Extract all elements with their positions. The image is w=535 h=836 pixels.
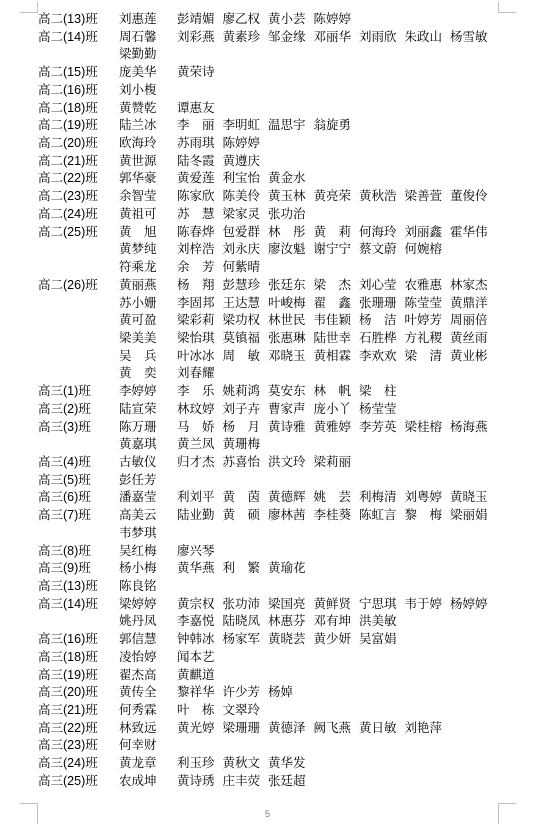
lead-name: 郭华豪 — [119, 170, 177, 188]
roster-row: 高二(18)班黄赞乾谭惠友 — [38, 100, 518, 118]
student-name: 梁家灵 — [223, 206, 261, 224]
lead-name: 黄祖可 — [119, 206, 177, 224]
student-name: 石胜桦 — [359, 330, 397, 348]
student-name: 黄 硕 — [223, 507, 261, 525]
roster-row: 吴 兵叶冰冰周 敏邓晓玉黄相霖李欢欢梁 清黄业彬 — [38, 348, 518, 366]
lead-name: 梁美美 — [119, 330, 177, 348]
class-label — [38, 365, 119, 383]
names-group: 余 芳何紫晴 — [177, 259, 268, 277]
lead-name: 梁婷婷 — [119, 596, 177, 614]
student-name: 蔡文蔚 — [359, 241, 397, 259]
class-label: 高二(15)班 — [38, 64, 119, 82]
lead-name: 刘小椱 — [119, 82, 177, 100]
student-name: 利梅清 — [359, 489, 397, 507]
class-label: 高二(13)班 — [38, 11, 119, 29]
roster-row: 高二(26)班黄丽燕杨 翔彭慧珍张廷东梁 杰刘心莹农雅惠林家杰 — [38, 277, 518, 295]
student-name: 林玟婷 — [177, 401, 215, 419]
student-name: 黄业彬 — [450, 348, 488, 366]
student-name: 李桂葵 — [314, 507, 352, 525]
class-label: 高三(9)班 — [38, 560, 119, 578]
student-name: 李固邦 — [177, 295, 215, 313]
names-group: 陈家欣陈美伶黄玉林黄亮荣黄秋浩梁善萱董俊伶 — [177, 188, 496, 206]
names-group: 李 丽李明虹温思宇翁旋勇 — [177, 117, 359, 135]
names-group: 梁怡琪莫镇福张惠琳陆世幸石胜桦方礼稷黄丝雨 — [177, 330, 496, 348]
student-name: 黄鲜贤 — [314, 596, 352, 614]
student-name: 梁善萱 — [405, 188, 443, 206]
names-group: 黄兰凤黄珊梅 — [177, 436, 268, 454]
student-name: 陈婷婷 — [314, 11, 352, 29]
student-name: 王达慧 — [223, 295, 261, 313]
student-name: 张廷超 — [268, 773, 306, 791]
student-name: 刘雨欣 — [359, 29, 397, 47]
class-label: 高三(18)班 — [38, 649, 119, 667]
lead-name: 黄 奕 — [119, 365, 177, 383]
names-group: 陈春烨包爱群林 彤黄 莉何海玲刘丽鑫霍华伟 — [177, 224, 496, 242]
class-label — [38, 259, 119, 277]
roster: 高二(13)班刘惠莲彭靖媚廖乙权黄小芸陈婷婷高二(14)班周石馨刘彩燕黄素珍邹金… — [38, 11, 518, 791]
names-group: 叶 栋文翠玲 — [177, 702, 268, 720]
roster-row: 高二(23)班余智莹陈家欣陈美伶黄玉林黄亮荣黄秋浩梁善萱董俊伶 — [38, 188, 518, 206]
roster-row: 梁美美梁怡琪莫镇福张惠琳陆世幸石胜桦方礼稷黄丝雨 — [38, 330, 518, 348]
class-label: 高三(13)班 — [38, 578, 119, 596]
lead-name: 苏小姗 — [119, 295, 177, 313]
student-name: 文翠玲 — [223, 702, 261, 720]
roster-row: 高三(3)班陈万珊马 娇杨 月黄诗雅黄雅婷李芳英梁桂榕杨海燕 — [38, 419, 518, 437]
student-name: 李 丽 — [177, 117, 215, 135]
lead-name: 高美云 — [119, 507, 177, 525]
student-name: 廖汝魁 — [268, 241, 306, 259]
names-group: 利玉珍黄秋文黄华发 — [177, 755, 314, 773]
crop-mark-top-left — [20, 2, 38, 13]
student-name: 翁旋勇 — [314, 117, 352, 135]
lead-name: 欧海玲 — [119, 135, 177, 153]
student-name: 陈莹莹 — [405, 295, 443, 313]
student-name: 黄荣诗 — [177, 64, 215, 82]
student-name: 姚 芸 — [314, 489, 352, 507]
class-label: 高三(6)班 — [38, 489, 119, 507]
student-name: 黄华燕 — [177, 560, 215, 578]
student-name: 周 敏 — [223, 348, 261, 366]
names-group: 苏雨琪陈婷婷 — [177, 135, 268, 153]
student-name: 梁莉丽 — [314, 454, 352, 472]
student-name: 苏 慧 — [177, 206, 215, 224]
class-label: 高二(25)班 — [38, 224, 119, 242]
names-group: 钟韩冰杨家军黄晓芸黄少妍吴富娟 — [177, 631, 405, 649]
student-name: 黎 梅 — [405, 507, 443, 525]
lead-name: 符乘龙 — [119, 259, 177, 277]
class-label: 高二(19)班 — [38, 117, 119, 135]
student-name: 刘艳萍 — [405, 720, 443, 738]
student-name: 邓晓玉 — [268, 348, 306, 366]
roster-row: 高三(16)班郭信慧钟韩冰杨家军黄晓芸黄少妍吴富娟 — [38, 631, 518, 649]
lead-name: 黄 旭 — [119, 224, 177, 242]
class-label: 高三(3)班 — [38, 419, 119, 437]
student-name: 洪美敏 — [359, 613, 397, 631]
student-name: 梁桂榕 — [405, 419, 443, 437]
student-name: 林世民 — [268, 312, 306, 330]
roster-row: 高三(8)班吴红梅廖兴琴 — [38, 543, 518, 561]
student-name: 曹家声 — [268, 401, 306, 419]
student-name: 李 乐 — [177, 383, 215, 401]
student-name: 姚莉鸿 — [223, 383, 261, 401]
class-label — [38, 525, 119, 543]
student-name: 陈家欣 — [177, 188, 215, 206]
student-name: 黄丝雨 — [450, 330, 488, 348]
student-name: 阙飞燕 — [314, 720, 352, 738]
class-label: 高三(5)班 — [38, 472, 119, 490]
student-name: 杨婥 — [268, 684, 306, 702]
page-number: 5 — [0, 809, 535, 821]
class-label — [38, 241, 119, 259]
student-name: 邓有坤 — [314, 613, 352, 631]
lead-name: 黄传全 — [119, 684, 177, 702]
lead-name: 庞美华 — [119, 64, 177, 82]
student-name: 黄雅婷 — [314, 419, 352, 437]
student-name: 谭惠友 — [177, 100, 215, 118]
lead-name: 黄赞乾 — [119, 100, 177, 118]
roster-row: 符乘龙余 芳何紫晴 — [38, 259, 518, 277]
student-name: 梁 柱 — [359, 383, 397, 401]
lead-name: 陈万珊 — [119, 419, 177, 437]
roster-row: 黄嘉琪黄兰凤黄珊梅 — [38, 436, 518, 454]
roster-row: 黄可盈梁彩莉梁功权林世民韦佳颖杨 洁叶婷芳周丽倍 — [38, 312, 518, 330]
class-label — [38, 295, 119, 313]
student-name: 黄 莉 — [314, 224, 352, 242]
lead-name: 黄梦纯 — [119, 241, 177, 259]
student-name: 黄华发 — [268, 755, 306, 773]
student-name: 梁怡琪 — [177, 330, 215, 348]
student-name: 陆世幸 — [314, 330, 352, 348]
student-name: 洪文玲 — [268, 454, 306, 472]
student-name: 刘彩燕 — [177, 29, 215, 47]
lead-name: 凌怡婷 — [119, 649, 177, 667]
roster-row: 高二(15)班庞美华黄荣诗 — [38, 64, 518, 82]
roster-row: 高三(25)班农成坤黄诗琇庄丰荧张廷超 — [38, 773, 518, 791]
student-name: 梁彩莉 — [177, 312, 215, 330]
student-name: 莫安东 — [268, 383, 306, 401]
names-group: 李固邦王达慧叶峻梅翟 鑫张珊珊陈莹莹黄鼎洋 — [177, 295, 496, 313]
student-name: 庄丰荧 — [223, 773, 261, 791]
student-name: 吴富娟 — [359, 631, 397, 649]
student-name: 梁 杰 — [314, 277, 352, 295]
student-name: 梁功权 — [223, 312, 261, 330]
lead-name: 黄嘉琪 — [119, 436, 177, 454]
student-name: 杨海燕 — [450, 419, 488, 437]
student-name: 林 帆 — [314, 383, 352, 401]
student-name: 李明虹 — [223, 117, 261, 135]
student-name: 彭慧珍 — [223, 277, 261, 295]
class-label: 高三(20)班 — [38, 684, 119, 702]
student-name: 李芳英 — [359, 419, 397, 437]
student-name: 黄遵庆 — [223, 153, 261, 171]
lead-name: 杨小梅 — [119, 560, 177, 578]
lead-name: 梁勤勤 — [119, 46, 177, 64]
roster-row: 高三(19)班翟杰高黄麒道 — [38, 667, 518, 685]
names-group: 杨 翔彭慧珍张廷东梁 杰刘心莹农雅惠林家杰 — [177, 277, 496, 295]
student-name: 叶冰冰 — [177, 348, 215, 366]
student-name: 梁国亮 — [268, 596, 306, 614]
student-name: 黄珊梅 — [223, 436, 261, 454]
names-group: 黄宗权张功沛梁国亮黄鲜贤宁思琪韦于婷杨婷婷 — [177, 596, 496, 614]
student-name: 利刘平 — [177, 489, 215, 507]
student-name: 黄相霖 — [314, 348, 352, 366]
student-name: 刘永庆 — [223, 241, 261, 259]
student-name: 黄兰凤 — [177, 436, 215, 454]
class-label: 高二(14)班 — [38, 29, 119, 47]
lead-name: 吴红梅 — [119, 543, 177, 561]
class-label — [38, 348, 119, 366]
roster-row: 高三(1)班李婷婷李 乐姚莉鸿莫安东林 帆梁 柱 — [38, 383, 518, 401]
roster-row: 高二(20)班欧海玲苏雨琪陈婷婷 — [38, 135, 518, 153]
student-name: 包爱群 — [223, 224, 261, 242]
student-name: 马 娇 — [177, 419, 215, 437]
student-name: 黄少妍 — [314, 631, 352, 649]
roster-row: 苏小姗李固邦王达慧叶峻梅翟 鑫张珊珊陈莹莹黄鼎洋 — [38, 295, 518, 313]
class-label — [38, 46, 119, 64]
names-group: 谭惠友 — [177, 100, 223, 118]
roster-row: 黄 奕刘春耀 — [38, 365, 518, 383]
student-name: 利宝怡 — [223, 170, 261, 188]
lead-name: 农成坤 — [119, 773, 177, 791]
names-group: 刘彩燕黄素珍邹金缘邓丽华刘雨欣朱政山杨雪敏 — [177, 29, 496, 47]
roster-row: 梁勤勤 — [38, 46, 518, 64]
names-group: 黄麒道 — [177, 667, 223, 685]
lead-name: 翟杰高 — [119, 667, 177, 685]
class-label: 高三(19)班 — [38, 667, 119, 685]
names-group: 陆冬霞黄遵庆 — [177, 153, 268, 171]
roster-row: 高三(6)班潘嘉莹利刘平黄 茵黄德辉姚 芸利梅清刘粤婷黄晓玉 — [38, 489, 518, 507]
roster-row: 高二(19)班陆兰冰李 丽李明虹温思宇翁旋勇 — [38, 117, 518, 135]
names-group: 李嘉悦陆晓凤林惠芬邓有坤洪美敏 — [177, 613, 405, 631]
class-label: 高三(7)班 — [38, 507, 119, 525]
class-label: 高三(24)班 — [38, 755, 119, 773]
student-name: 黄日敏 — [359, 720, 397, 738]
student-name: 陆业勤 — [177, 507, 215, 525]
student-name: 黄晓玉 — [450, 489, 488, 507]
roster-row: 高二(24)班黄祖可苏 慧梁家灵张功治 — [38, 206, 518, 224]
student-name: 黄德辉 — [268, 489, 306, 507]
student-name: 温思宇 — [268, 117, 306, 135]
lead-name: 陆兰冰 — [119, 117, 177, 135]
lead-name: 李婷婷 — [119, 383, 177, 401]
lead-name: 黄丽燕 — [119, 277, 177, 295]
roster-row: 高二(25)班黄 旭陈春烨包爱群林 彤黄 莉何海玲刘丽鑫霍华伟 — [38, 224, 518, 242]
student-name: 杨 洁 — [359, 312, 397, 330]
student-name: 黄 茵 — [223, 489, 261, 507]
lead-name: 何秀霖 — [119, 702, 177, 720]
student-name: 叶婷芳 — [405, 312, 443, 330]
class-label: 高三(2)班 — [38, 401, 119, 419]
student-name: 梁丽娟 — [450, 507, 488, 525]
student-name: 邓丽华 — [314, 29, 352, 47]
student-name: 韦佳颖 — [314, 312, 352, 330]
class-label: 高二(18)班 — [38, 100, 119, 118]
student-name: 闻本艺 — [177, 649, 215, 667]
roster-row: 高三(14)班梁婷婷黄宗权张功沛梁国亮黄鲜贤宁思琪韦于婷杨婷婷 — [38, 596, 518, 614]
student-name: 廖林茜 — [268, 507, 306, 525]
student-name: 林惠芬 — [268, 613, 306, 631]
names-group: 叶冰冰周 敏邓晓玉黄相霖李欢欢梁 清黄业彬 — [177, 348, 496, 366]
student-name: 黄玉林 — [268, 188, 306, 206]
class-label: 高三(14)班 — [38, 596, 119, 614]
student-name: 何海玲 — [359, 224, 397, 242]
names-group: 利刘平黄 茵黄德辉姚 芸利梅清刘粤婷黄晓玉 — [177, 489, 496, 507]
student-name: 叶峻梅 — [268, 295, 306, 313]
roster-row: 韦梦琪 — [38, 525, 518, 543]
lead-name: 黄可盈 — [119, 312, 177, 330]
student-name: 陈春烨 — [177, 224, 215, 242]
class-label: 高三(22)班 — [38, 720, 119, 738]
student-name: 宁思琪 — [359, 596, 397, 614]
student-name: 林家杰 — [450, 277, 488, 295]
student-name: 杨莹莹 — [359, 401, 397, 419]
class-label: 高二(23)班 — [38, 188, 119, 206]
student-name: 许少芳 — [223, 684, 261, 702]
names-group: 苏 慧梁家灵张功治 — [177, 206, 314, 224]
roster-row: 高三(9)班杨小梅黄华燕利 繁黄瑜花 — [38, 560, 518, 578]
class-label — [38, 330, 119, 348]
student-name: 黄素珍 — [223, 29, 261, 47]
names-group: 廖兴琴 — [177, 543, 223, 561]
lead-name: 何幸财 — [119, 737, 177, 755]
student-name: 黄小芸 — [268, 11, 306, 29]
lead-name: 周石馨 — [119, 29, 177, 47]
student-name: 黄晓芸 — [268, 631, 306, 649]
names-group: 林玟婷刘子卉曹家声庞小丫杨莹莹 — [177, 401, 405, 419]
lead-name: 余智莹 — [119, 188, 177, 206]
class-label: 高二(24)班 — [38, 206, 119, 224]
class-label: 高三(4)班 — [38, 454, 119, 472]
student-name: 杨 月 — [223, 419, 261, 437]
student-name: 黎祥华 — [177, 684, 215, 702]
student-name: 黄德泽 — [268, 720, 306, 738]
student-name: 周丽倍 — [450, 312, 488, 330]
student-name: 邹金缘 — [268, 29, 306, 47]
student-name: 梁 清 — [405, 348, 443, 366]
names-group: 梁彩莉梁功权林世民韦佳颖杨 洁叶婷芳周丽倍 — [177, 312, 496, 330]
student-name: 陆冬霞 — [177, 153, 215, 171]
class-label: 高三(1)班 — [38, 383, 119, 401]
student-name: 翟 鑫 — [314, 295, 352, 313]
student-name: 刘粤婷 — [405, 489, 443, 507]
lead-name: 韦梦琪 — [119, 525, 177, 543]
names-group: 黄华燕利 繁黄瑜花 — [177, 560, 314, 578]
roster-row: 高三(24)班黄龙章利玉珍黄秋文黄华发 — [38, 755, 518, 773]
roster-row: 高三(23)班何幸财 — [38, 737, 518, 755]
roster-row: 高三(20)班黄传全黎祥华许少芳杨婥 — [38, 684, 518, 702]
student-name: 黄亮荣 — [314, 188, 352, 206]
student-name: 谢宁宁 — [314, 241, 352, 259]
student-name: 黄金水 — [268, 170, 306, 188]
roster-row: 姚丹凤李嘉悦陆晓凤林惠芬邓有坤洪美敏 — [38, 613, 518, 631]
roster-row: 高三(4)班古敏仪归才杰苏喜怡洪文玲梁莉丽 — [38, 454, 518, 472]
lead-name: 彭任芳 — [119, 472, 177, 490]
lead-name: 黄龙章 — [119, 755, 177, 773]
student-name: 黄诗雅 — [268, 419, 306, 437]
lead-name: 刘惠莲 — [119, 11, 177, 29]
student-name: 彭靖媚 — [177, 11, 215, 29]
lead-name: 郭信慧 — [119, 631, 177, 649]
student-name: 董俊伶 — [450, 188, 488, 206]
student-name: 庞小丫 — [314, 401, 352, 419]
student-name: 利玉珍 — [177, 755, 215, 773]
student-name: 陈虹言 — [359, 507, 397, 525]
names-group: 马 娇杨 月黄诗雅黄雅婷李芳英梁桂榕杨海燕 — [177, 419, 496, 437]
student-name: 张珊珊 — [359, 295, 397, 313]
class-label: 高二(26)班 — [38, 277, 119, 295]
roster-row: 高三(5)班彭任芳 — [38, 472, 518, 490]
roster-row: 高三(21)班何秀霖叶 栋文翠玲 — [38, 702, 518, 720]
lead-name: 林致远 — [119, 720, 177, 738]
student-name: 张惠琳 — [268, 330, 306, 348]
student-name: 归才杰 — [177, 454, 215, 472]
names-group: 陆业勤黄 硕廖林茜李桂葵陈虹言黎 梅梁丽娟 — [177, 507, 496, 525]
class-label — [38, 613, 119, 631]
roster-row: 高三(2)班陆宣荣林玟婷刘子卉曹家声庞小丫杨莹莹 — [38, 401, 518, 419]
student-name: 莫镇福 — [223, 330, 261, 348]
student-name: 朱政山 — [405, 29, 443, 47]
student-name: 刘心莹 — [359, 277, 397, 295]
class-label: 高三(23)班 — [38, 737, 119, 755]
class-label: 高三(16)班 — [38, 631, 119, 649]
student-name: 刘丽鑫 — [405, 224, 443, 242]
student-name: 李欢欢 — [359, 348, 397, 366]
lead-name: 古敏仪 — [119, 454, 177, 472]
student-name: 张廷东 — [268, 277, 306, 295]
student-name: 林 彤 — [268, 224, 306, 242]
student-name: 黄宗权 — [177, 596, 215, 614]
student-name: 黄秋文 — [223, 755, 261, 773]
student-name: 黄秋浩 — [359, 188, 397, 206]
roster-row: 高二(13)班刘惠莲彭靖媚廖乙权黄小芸陈婷婷 — [38, 11, 518, 29]
names-group: 黄光婷梁珊珊黄德泽阙飞燕黄日敏刘艳萍 — [177, 720, 450, 738]
names-group: 黄爱莲利宝怡黄金水 — [177, 170, 314, 188]
class-label: 高三(8)班 — [38, 543, 119, 561]
student-name: 何紫晴 — [223, 259, 261, 277]
lead-name: 陈良铭 — [119, 578, 177, 596]
lead-name: 姚丹凤 — [119, 613, 177, 631]
student-name: 苏雨琪 — [177, 135, 215, 153]
student-name: 叶 栋 — [177, 702, 215, 720]
student-name: 杨婷婷 — [450, 596, 488, 614]
names-group: 闻本艺 — [177, 649, 223, 667]
class-label: 高二(21)班 — [38, 153, 119, 171]
names-group: 黄诗琇庄丰荧张廷超 — [177, 773, 314, 791]
lead-name: 黄世源 — [119, 153, 177, 171]
lead-name: 潘嘉莹 — [119, 489, 177, 507]
student-name: 陈婷婷 — [223, 135, 261, 153]
roster-row: 高二(22)班郭华豪黄爱莲利宝怡黄金水 — [38, 170, 518, 188]
student-name: 黄麒道 — [177, 667, 215, 685]
roster-row: 高二(21)班黄世源陆冬霞黄遵庆 — [38, 153, 518, 171]
student-name: 黄诗琇 — [177, 773, 215, 791]
class-label — [38, 436, 119, 454]
student-name: 苏喜怡 — [223, 454, 261, 472]
roster-row: 高三(18)班凌怡婷闻本艺 — [38, 649, 518, 667]
student-name: 方礼稷 — [405, 330, 443, 348]
student-name: 黄鼎洋 — [450, 295, 488, 313]
class-label: 高三(21)班 — [38, 702, 119, 720]
class-label: 高二(22)班 — [38, 170, 119, 188]
lead-name: 陆宣荣 — [119, 401, 177, 419]
student-name: 廖兴琴 — [177, 543, 215, 561]
student-name: 钟韩冰 — [177, 631, 215, 649]
lead-name: 吴 兵 — [119, 348, 177, 366]
student-name: 黄光婷 — [177, 720, 215, 738]
student-name: 利 繁 — [223, 560, 261, 578]
roster-row: 高三(22)班林致远黄光婷梁珊珊黄德泽阙飞燕黄日敏刘艳萍 — [38, 720, 518, 738]
student-name: 杨雪敏 — [450, 29, 488, 47]
